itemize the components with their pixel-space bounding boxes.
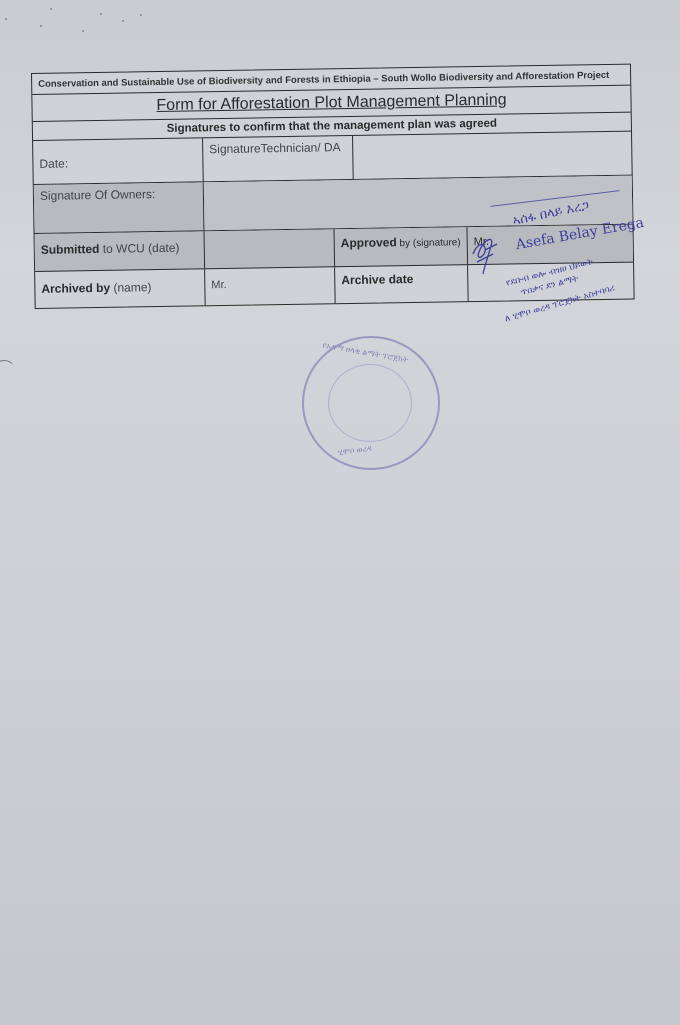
archive-date-label: Archive date xyxy=(341,272,413,287)
submitted-date-field[interactable] xyxy=(205,229,336,268)
stamp-inner-ring xyxy=(328,364,412,442)
stamp-text-bottom: ሂሞቦ ወረዳ xyxy=(337,444,372,459)
form-title-text: Form for Afforestation Plot Management P… xyxy=(156,92,506,114)
technician-signature-field[interactable]: SignatureTechnician/ DA xyxy=(203,136,354,181)
paper-speck xyxy=(140,14,142,16)
approved-label-bold: Approved xyxy=(341,235,397,250)
archived-label-bold: Archived by xyxy=(41,281,110,296)
approval-signature-icon xyxy=(465,224,505,279)
submitted-label-rest: to WCU (date) xyxy=(99,241,179,256)
archived-label-cell: Archived by (name) xyxy=(35,269,206,308)
owners-signature-label-cell: Signature Of Owners: xyxy=(34,182,205,233)
paper-speck xyxy=(50,8,52,10)
archived-label-rest: (name) xyxy=(110,280,152,295)
paper-speck xyxy=(82,30,84,32)
approved-label-rest: by (signature) xyxy=(397,237,461,249)
paper-speck xyxy=(40,25,42,27)
paper-speck xyxy=(5,18,7,20)
paper-mark xyxy=(0,359,15,376)
official-stamp: የአዳማ ዘላቂ ልማት ፕሮጀክት ሂሞቦ ወረዳ xyxy=(302,336,440,470)
owners-label: Signature Of Owners: xyxy=(40,187,156,203)
date-label: Date: xyxy=(39,156,68,170)
stamp-text-top: የአዳማ ዘላቂ ልማት ፕሮጀክት xyxy=(322,341,409,366)
approved-label-cell: Approved by (signature) xyxy=(334,227,468,266)
technician-label: SignatureTechnician/ DA xyxy=(209,140,341,156)
paper-speck xyxy=(122,20,124,22)
archived-name-value: Mr. xyxy=(211,279,226,291)
archive-date-label-cell: Archive date xyxy=(335,265,469,303)
submitted-label-bold: Submitted xyxy=(41,242,100,257)
submitted-label-cell: Submitted to WCU (date) xyxy=(35,231,206,271)
technician-signature-value[interactable] xyxy=(353,132,632,179)
paper-speck xyxy=(100,13,102,15)
date-field[interactable]: Date: xyxy=(33,138,204,184)
archived-name-field[interactable]: Mr. xyxy=(205,267,336,305)
